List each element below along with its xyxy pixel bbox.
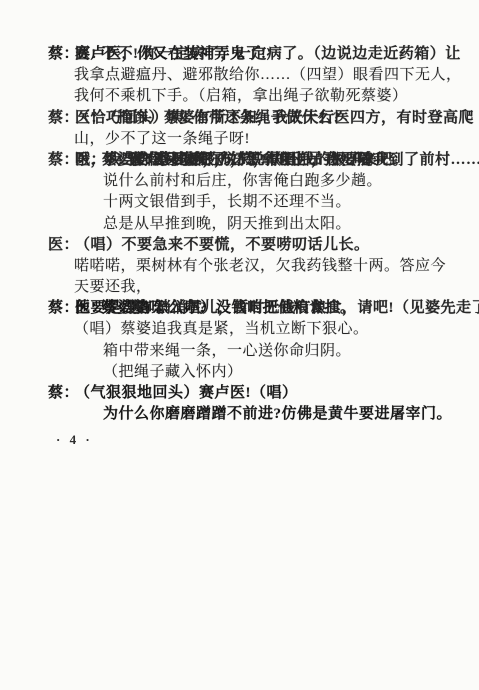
script-line: 蔡：好了，好了!（唱） [156, 150, 183, 171]
dialogue-text: 不不! 你一定病了，一定病了。（边说边走近药箱）让 [102, 46, 461, 62]
script-line: 蔡：谁有闲心和你说笑，快还我的银子来吧。 [102, 150, 129, 171]
script-line: 我拿点避瘟丹、避邪散给你……（四望）眼看四下无人， [48, 65, 453, 86]
dialogue-text: 好了，好了!（唱） [183, 152, 313, 168]
script-line: 山，少不了这一条绳子呀! [48, 129, 453, 150]
script-line: 总是从早推到晚，阴天推到出太阳。 [48, 214, 453, 235]
script-line: 为什么你磨磨蹭蹭不前进?仿佛是黄牛要进屠宰门。 [48, 404, 453, 425]
script-line: 箱中带来绳一条，一心送你命归阴。 [48, 341, 453, 362]
script-line: 喏喏喏，栗树林有个张老汉，欠我药钱整十两。答应今 [48, 256, 453, 277]
speaker-label: 医： [75, 150, 102, 171]
speaker-label: 医： [129, 298, 156, 319]
script-page: 蔡：赛卢医，你又在装神弄鬼了!医：不不! 你一定病了，一定病了。（边说边走近药箱… [0, 0, 479, 690]
script-line: 我何不乘机下手。（启箱，拿出绳子欲勒死蔡婆） [48, 86, 453, 107]
speaker-label: 蔡： [102, 150, 129, 171]
dialogue-text: （掩饰）蔡婆有所不知，我天天行医四方，有时登高爬 [102, 110, 474, 126]
page-number: · 4 · [48, 432, 453, 448]
speaker-label: 医： [75, 108, 102, 129]
script-line: 医：消消气儿，暂时无钱有粮食，请吧!（见婆先走了）嘿嘿! [129, 298, 156, 319]
script-line: （把绳子藏入怀内） [48, 362, 453, 383]
speaker-label: 蔡： [102, 298, 129, 319]
speaker-label: 医： [75, 44, 102, 65]
dialogue-continuation: 山，少不了这一条绳子呀! [74, 131, 250, 147]
lyric-line: 箱中带来绳一条，一心送你命归阴。 [103, 343, 351, 359]
lyric-line: 为什么你磨磨蹭蹭不前进?仿佛是黄牛要进屠宰门。 [103, 406, 452, 422]
page-number-text: · 4 · [56, 432, 93, 447]
script-body: 蔡：赛卢医，你又在装神弄鬼了!医：不不! 你一定病了，一定病了。（边说边走近药箱… [48, 44, 453, 425]
lyric-line: 十两文银借到手，长期不还理不当。 [103, 194, 351, 210]
lyric-line: （把绳子藏入怀内） [103, 364, 243, 380]
speaker-label: 蔡： [156, 150, 183, 171]
speaker-label: 蔡： [48, 44, 75, 65]
speaker-label: 蔡： [48, 108, 75, 129]
dialogue-text: 消消气儿，暂时无钱有粮食，请吧!（见婆先走了）嘿嘿! [156, 300, 479, 316]
speaker-label: 蔡： [48, 150, 75, 171]
script-line: 天要还我， [48, 277, 453, 298]
speaker-label: 蔡： [48, 298, 75, 319]
script-line: 蔡：他要是没有怎么办? [48, 298, 75, 319]
dialogue-continuation: 天要还我， [74, 279, 152, 295]
speaker-label: 蔡： [48, 383, 75, 404]
lyric-line: 说什么前村和后庄，你害俺白跑多少趟。 [103, 173, 382, 189]
script-line: 十两文银借到手，长期不还理不当。 [48, 192, 453, 213]
dialogue-continuation: 我何不乘机下手。（启箱，拿出绳子欲勒死蔡婆） [74, 88, 408, 104]
speaker-label: 医： [75, 298, 102, 319]
script-line: 蔡：哼! [102, 298, 129, 319]
script-line: 医：不不! 你一定病了，一定病了。（边说边走近药箱）让 [75, 44, 102, 65]
dialogue-continuation: （唱）蔡婆追我真是紧，当机立断下狠心。 [74, 321, 369, 337]
dialogue-text: （唱）不要急来不要慌，不要唠叨话儿长。 [75, 237, 370, 253]
script-line: 医：（掩饰）蔡婆有所不知，我天天行医四方，有时登高爬 [75, 108, 102, 129]
speaker-label: 医： [48, 235, 75, 256]
script-line: 蔡：（气狠狠地回头）赛卢医!（唱） [48, 383, 75, 404]
script-line: 蔡：哦，我当你还不出银子，想拿它上吊寻死呢! [48, 150, 75, 171]
script-line: 蔡：赛卢医，你又在装神弄鬼了! [48, 44, 75, 65]
script-line: 说什么前村和后庄，你害俺白跑多少趟。 [48, 171, 453, 192]
script-line: （唱）蔡婆追我真是紧，当机立断下狠心。 [48, 319, 453, 340]
script-line: 医：蔡婆婆呀!（唱）没钱咱把他粮食扛。 [75, 298, 102, 319]
dialogue-continuation: 我拿点避瘟丹、避邪散给你……（四望）眼看四下无人， [74, 67, 462, 83]
script-line: 医：（唱）不要急来不要慌，不要唠叨话儿长。 [48, 235, 75, 256]
dialogue-text: （气狠狠地回头）赛卢医!（唱） [75, 385, 298, 401]
speaker-label: 医： [129, 150, 156, 171]
lyric-line: 总是从早推到晚，阴天推到出太阳。 [103, 216, 351, 232]
script-line: 蔡：（恰巧回头）咦! 你带这条绳子做什么? [48, 108, 75, 129]
script-line: 医：蔡婆婆，方才说得明白，你要随我到了前村…… [129, 150, 156, 171]
script-line: 医：蔡婆婆你又取笑了…… [75, 150, 102, 171]
dialogue-continuation: 喏喏喏，栗树林有个张老汉，欠我药钱整十两。答应今 [74, 258, 446, 274]
